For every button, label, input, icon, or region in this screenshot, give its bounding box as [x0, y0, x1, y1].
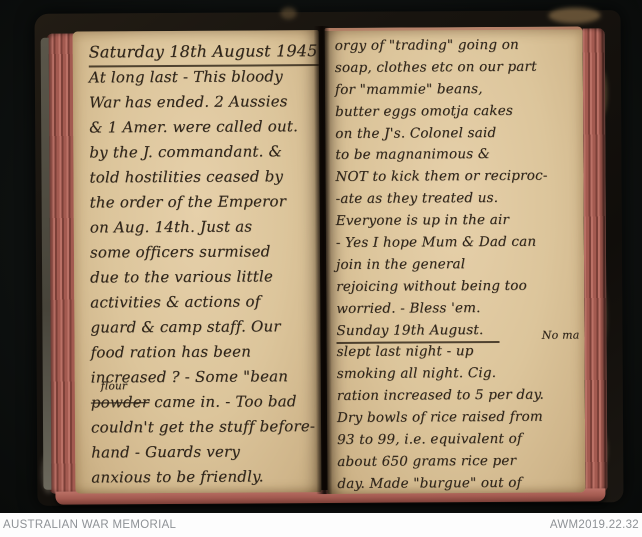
- handwriting-line: soap, clothes etc on our part: [335, 56, 581, 79]
- handwriting-line: due to the various little: [90, 264, 318, 290]
- handwriting-line: told hostilities ceased by: [89, 164, 317, 190]
- date-heading-right: Sunday 19th August. No ma: [336, 319, 582, 342]
- date-heading-right-text: Sunday 19th August.: [336, 320, 499, 345]
- left-page: Saturday 18th August 1945. At long last …: [73, 30, 322, 493]
- handwriting-line: butter eggs omotja cakes: [335, 100, 581, 123]
- handwriting-line: by the J. commandant. &: [89, 139, 317, 165]
- handwriting-line: day. Made "burgue" out of: [337, 472, 583, 494]
- right-page-lines-b: slept last night - upsmoking all night. …: [337, 341, 584, 494]
- caption-institution: AUSTRALIAN WAR MEMORIAL: [3, 519, 176, 531]
- right-page: orgy of "trading" going onsoap, clothes …: [325, 26, 586, 494]
- handwriting-line: to be magnanimous &: [335, 144, 581, 167]
- date-heading-left: Saturday 18th August 1945.: [89, 37, 317, 65]
- handwriting-line: activities & actions of: [90, 289, 318, 315]
- handwriting-line: guard & camp staff. Our: [90, 314, 318, 340]
- cover-wear-mark: [280, 7, 296, 19]
- handwriting-line: the order of the Emperor: [90, 189, 318, 215]
- handwriting-line: some officers surmised: [90, 239, 318, 265]
- margin-note: No ma: [542, 324, 583, 346]
- handwriting-line: worried. - Bless 'em.: [336, 297, 582, 320]
- cover-wear-mark: [548, 7, 600, 23]
- handwriting-line: -ate as they treated us.: [336, 188, 582, 211]
- corrected-word: flourpowder: [91, 390, 149, 415]
- handwriting-line-with-insertion: flourpowder came in. - Too bad: [91, 389, 319, 415]
- handwriting-line: NOT to kick them or reciproc-: [335, 166, 581, 189]
- gutter-shadow: [314, 26, 333, 494]
- handwriting-line: & 1 Amer. were called out.: [89, 114, 317, 140]
- right-page-lines-a: orgy of "trading" going onsoap, clothes …: [335, 34, 583, 320]
- handwriting-line: hand - Guards very: [91, 439, 319, 465]
- handwriting-line: 93 to 99, i.e. equivalent of: [337, 428, 583, 451]
- date-heading-left-text: Saturday 18th August 1945.: [89, 37, 322, 68]
- handwriting-line: smoking all night. Cig.: [337, 363, 583, 386]
- diary-book: Saturday 18th August 1945. At long last …: [35, 10, 624, 506]
- handwriting-line: about 650 grams rice per: [337, 450, 583, 473]
- handwriting-line: Dry bowls of rice raised from: [337, 407, 583, 430]
- handwriting-line: join in the general: [336, 253, 582, 276]
- struck-word: powder: [91, 393, 149, 411]
- caption-bar: AUSTRALIAN WAR MEMORIAL AWM2019.22.32: [0, 513, 642, 537]
- handwriting-line: on Aug. 14th. Just as: [90, 214, 318, 240]
- left-page-lines-a: At long last - This bloodyWar has ended.…: [89, 64, 319, 390]
- handwriting-line: for "mammie" beans,: [335, 78, 581, 101]
- caption-accession-number: AWM2019.22.32: [550, 519, 639, 531]
- handwriting-line: on the J's. Colonel said: [335, 122, 581, 145]
- diary-photo: Saturday 18th August 1945. At long last …: [0, 0, 642, 513]
- handwriting-line: War has ended. 2 Aussies: [89, 89, 317, 115]
- handwriting-line: orgy of "trading" going on: [335, 34, 581, 57]
- handwriting-line: rejoicing without being too: [336, 275, 582, 298]
- handwriting-line: anxious to be friendly.: [91, 464, 319, 490]
- screenshot-root: Saturday 18th August 1945. At long last …: [0, 0, 642, 537]
- handwriting-line: couldn't get the stuff before-: [91, 414, 319, 440]
- handwriting-line: Everyone is up in the air: [336, 210, 582, 233]
- handwriting-line: ration increased to 5 per day.: [337, 385, 583, 408]
- inserted-word: flour: [101, 381, 127, 391]
- left-page-lines-b: couldn't get the stuff before-hand - Gua…: [91, 414, 319, 490]
- dyed-page-edges-right: [583, 28, 608, 492]
- handwriting-line: - Yes I hope Mum & Dad can: [336, 231, 582, 254]
- handwriting-line: At long last - This bloody: [89, 64, 317, 90]
- line-remainder: came in. - Too bad: [149, 392, 297, 411]
- handwriting-line: food ration has been: [90, 339, 318, 365]
